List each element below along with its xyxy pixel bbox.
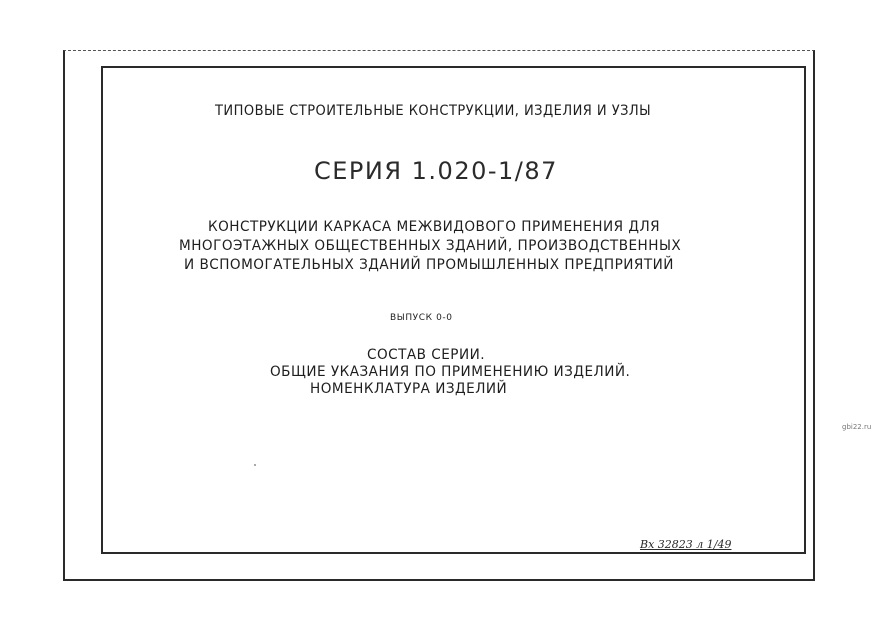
- document-header: ТИПОВЫЕ СТРОИТЕЛЬНЫЕ КОНСТРУКЦИИ, ИЗДЕЛИ…: [215, 103, 651, 119]
- contents-line-3: НОМЕНКЛАТУРА ИЗДЕЛИЙ: [310, 381, 507, 397]
- contents-line-2: ОБЩИЕ УКАЗАНИЯ ПО ПРИМЕНЕНИЮ ИЗДЕЛИЙ.: [270, 364, 630, 380]
- title-line-1: КОНСТРУКЦИИ КАРКАСА МЕЖВИДОВОГО ПРИМЕНЕН…: [208, 219, 660, 235]
- watermark: gbi22.ru: [842, 423, 871, 431]
- contents-line-1: СОСТАВ СЕРИИ.: [367, 347, 485, 363]
- series-number: СЕРИЯ 1.020-1/87: [314, 157, 558, 185]
- title-line-2: МНОГОЭТАЖНЫХ ОБЩЕСТВЕННЫХ ЗДАНИЙ, ПРОИЗВ…: [179, 238, 681, 254]
- inner-frame: [101, 66, 806, 554]
- scan-speck: [254, 464, 256, 466]
- archive-stamp: Вх 32823 л 1/49: [640, 538, 731, 551]
- title-line-3: И ВСПОМОГАТЕЛЬНЫХ ЗДАНИЙ ПРОМЫШЛЕННЫХ ПР…: [184, 257, 674, 273]
- issue-number: ВЫПУСК 0-0: [390, 313, 453, 323]
